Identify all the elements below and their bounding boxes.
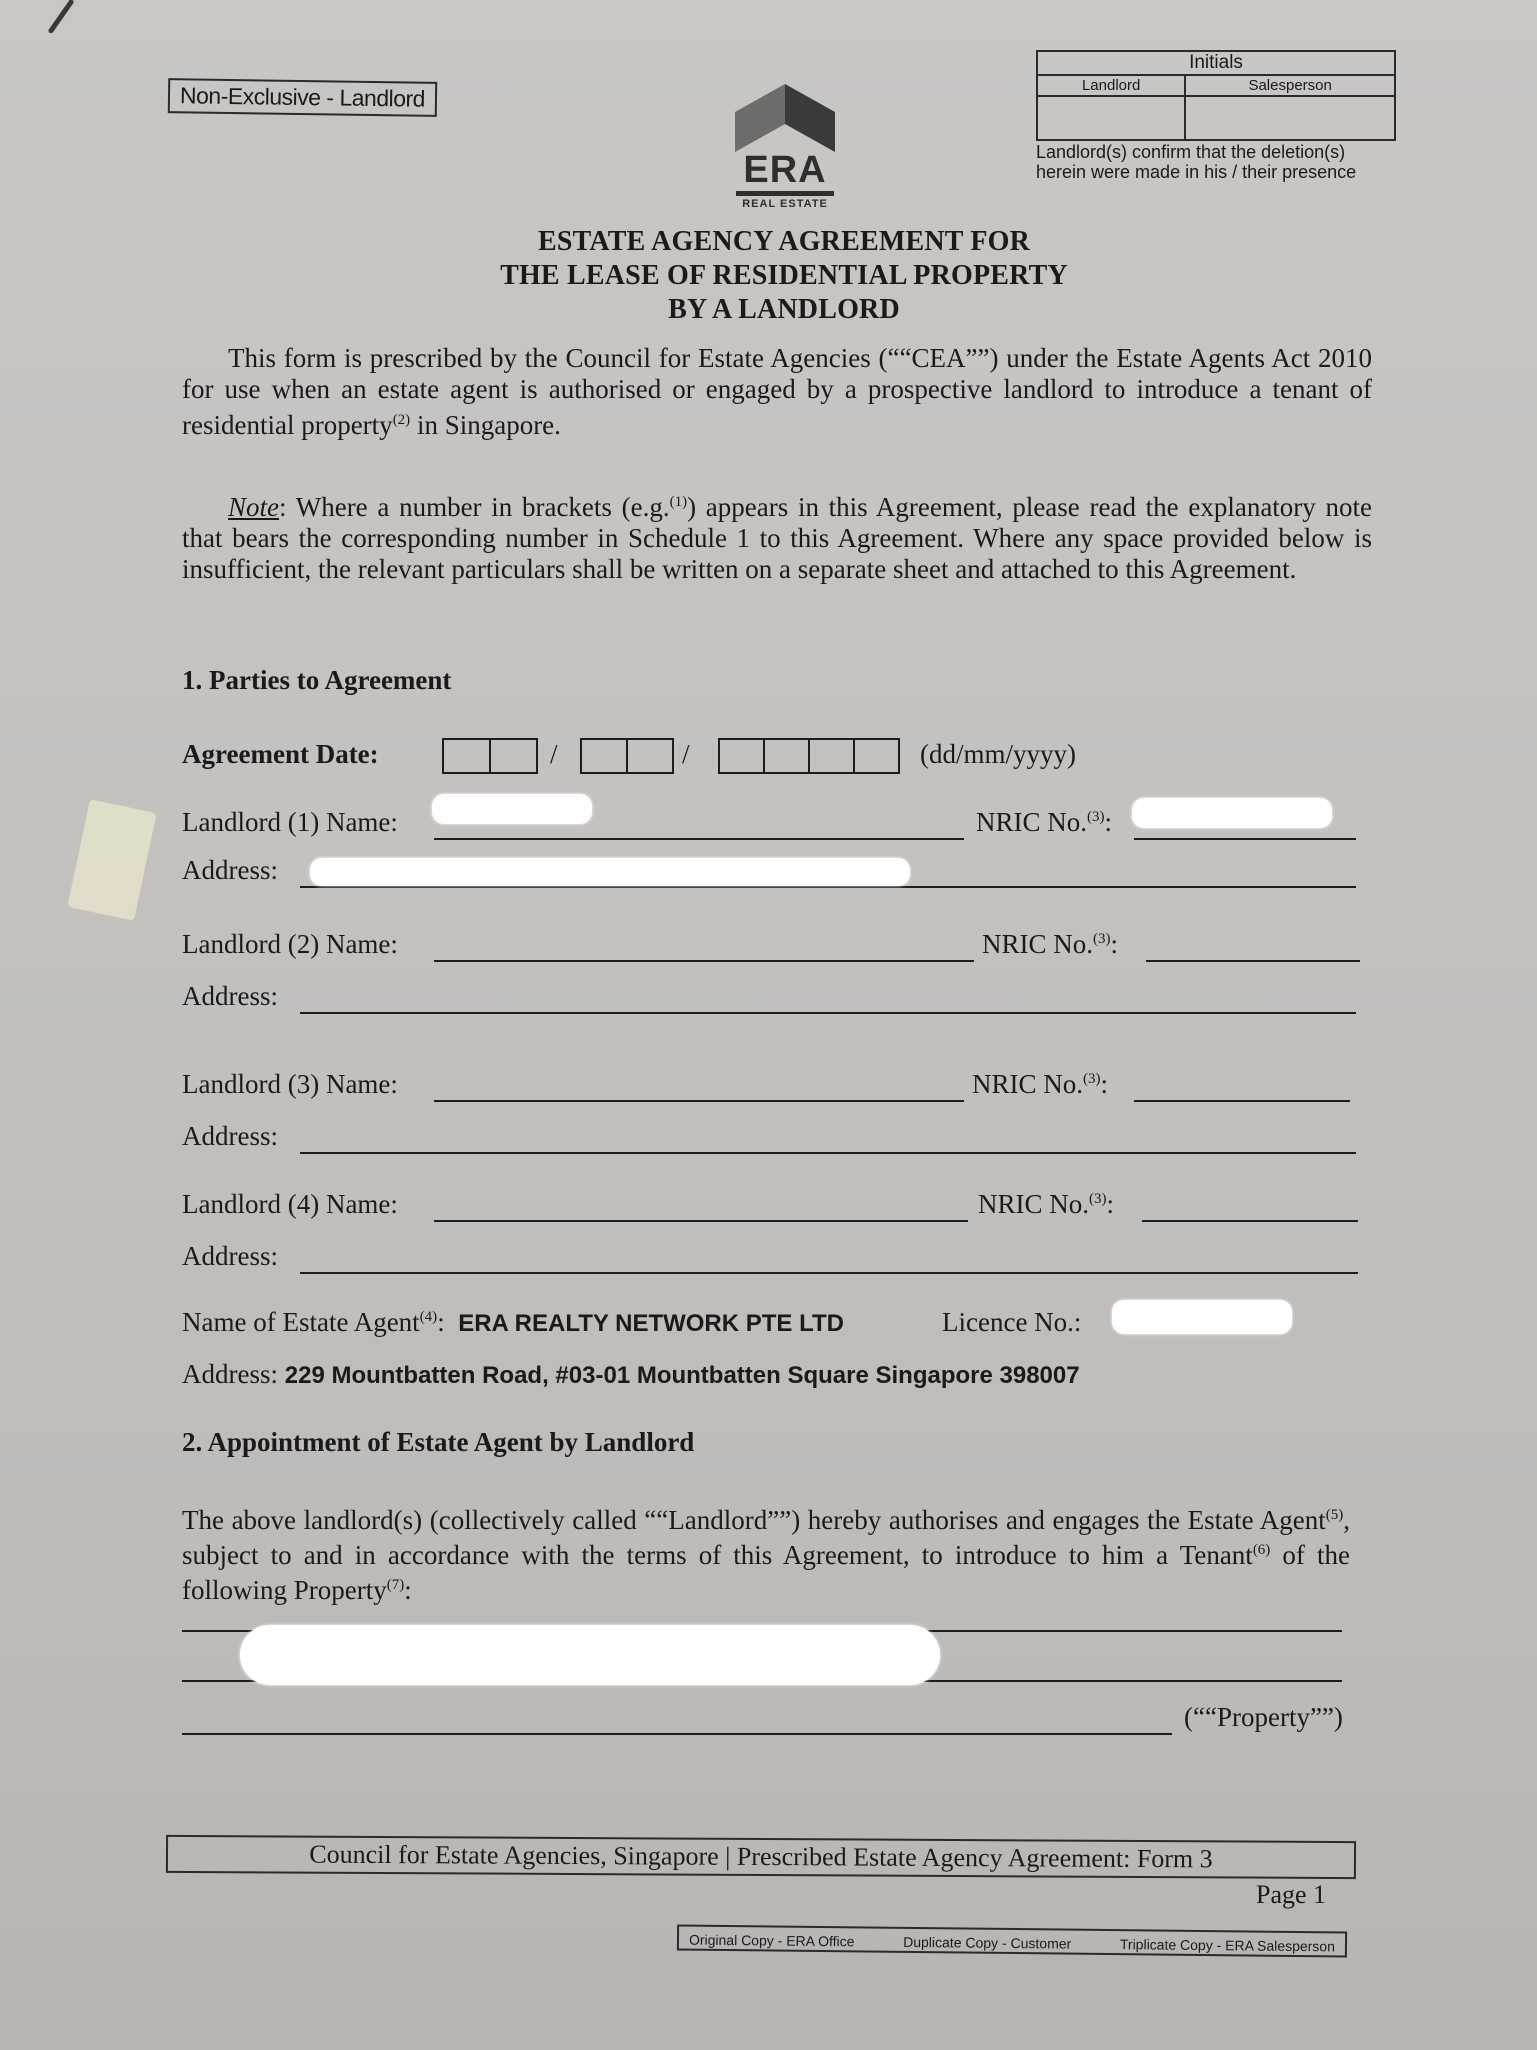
deletion-note-line1: Landlord(s) confirm that the deletion(s) <box>1036 143 1396 161</box>
landlord-3-address-field[interactable] <box>300 1152 1356 1154</box>
initials-col-salesperson: Salesperson <box>1185 75 1395 96</box>
landlord-1-name-field[interactable] <box>434 838 964 840</box>
logo-bar <box>736 191 834 196</box>
landlord-3-name-label: Landlord (3) Name: <box>182 1069 398 1100</box>
landlord-4-address-row: Address: <box>182 1240 1358 1276</box>
landlord-2-address-field[interactable] <box>300 1012 1356 1014</box>
note-paragraph: Note: Where a number in brackets (e.g.(1… <box>182 487 1372 585</box>
initials-box: Initials Landlord Salesperson Landlord(s… <box>1036 50 1396 181</box>
redaction-mark <box>1112 1300 1292 1334</box>
landlord-4-nric-field[interactable] <box>1142 1220 1358 1222</box>
landlord-2-name-label: Landlord (2) Name: <box>182 929 398 960</box>
form-type-tag: Non-Exclusive - Landlord <box>168 78 437 117</box>
landlord-2-nric-label: NRIC No.(3): <box>982 929 1118 960</box>
landlord-4-name-label: Landlord (4) Name: <box>182 1189 398 1220</box>
landlord-1-row: Landlord (1) Name: NRIC No.(3): <box>182 806 1358 842</box>
logo-subtitle: REAL ESTATE <box>732 198 838 210</box>
date-separator: / <box>682 739 690 770</box>
estate-agent-name: ERA REALTY NETWORK PTE LTD <box>458 1310 844 1337</box>
property-field-line-3[interactable] <box>182 1733 1172 1735</box>
agreement-date-row: Agreement Date: / / (dd/mm/yyyy) <box>182 738 1358 774</box>
licence-label: Licence No.: <box>942 1307 1081 1338</box>
footnote-ref: (1) <box>670 494 688 510</box>
landlord-3-name-field[interactable] <box>434 1100 964 1102</box>
landlord-4-name-field[interactable] <box>434 1220 968 1222</box>
section-1-heading: 1. Parties to Agreement <box>182 665 451 696</box>
estate-agent-address-row: Address: 229 Mountbatten Road, #03-01 Mo… <box>182 1358 1358 1394</box>
initials-col-landlord: Landlord <box>1037 75 1185 96</box>
house-roof-icon <box>733 82 837 152</box>
landlord-initials-field[interactable] <box>1037 96 1185 140</box>
date-day-field[interactable] <box>442 738 538 774</box>
title-line1: ESTATE AGENCY AGREEMENT FOR <box>340 225 1228 259</box>
landlord-3-nric-field[interactable] <box>1134 1100 1350 1102</box>
pen-mark <box>48 0 75 34</box>
landlord-4-address-label: Address: <box>182 1241 278 1272</box>
date-month-field[interactable] <box>580 738 674 774</box>
landlord-3-address-row: Address: <box>182 1120 1358 1156</box>
landlord-2-name-field[interactable] <box>434 960 974 962</box>
landlord-3-address-label: Address: <box>182 1121 278 1152</box>
agreement-date-label: Agreement Date: <box>182 739 379 770</box>
estate-agent-row: Name of Estate Agent(4): ERA REALTY NETW… <box>182 1306 1358 1342</box>
section-2-heading: 2. Appointment of Estate Agent by Landlo… <box>182 1427 694 1458</box>
copy-triplicate: Triplicate Copy - ERA Salesperson <box>1120 1931 1335 1955</box>
title-line3: BY A LANDLORD <box>340 293 1228 327</box>
landlord-1-address-label: Address: <box>182 855 278 886</box>
landlord-1-address-row: Address: <box>182 854 1358 890</box>
landlord-4-row: Landlord (4) Name: NRIC No.(3): <box>182 1188 1358 1224</box>
estate-agent-label: Name of Estate Agent(4): ERA REALTY NETW… <box>182 1307 844 1338</box>
copy-distribution-box: Original Copy - ERA Office Duplicate Cop… <box>677 1924 1347 1957</box>
estate-agent-address-label: Address: 229 Mountbatten Road, #03-01 Mo… <box>182 1359 1080 1390</box>
landlord-3-row: Landlord (3) Name: NRIC No.(3): <box>182 1068 1358 1104</box>
redaction-mark <box>432 794 592 824</box>
intro-text-end: in Singapore. <box>410 410 561 440</box>
title-line2: THE LEASE OF RESIDENTIAL PROPERTY <box>340 259 1228 293</box>
landlord-1-name-label: Landlord (1) Name: <box>182 807 398 838</box>
property-suffix: (““Property””) <box>1184 1702 1343 1733</box>
appointment-paragraph: The above landlord(s) (collectively call… <box>182 1500 1350 1605</box>
intro-text: This form is prescribed by the Council f… <box>182 343 1372 440</box>
redaction-mark <box>310 858 910 886</box>
document-title: ESTATE AGENCY AGREEMENT FOR THE LEASE OF… <box>340 225 1228 327</box>
landlord-3-nric-label: NRIC No.(3): <box>972 1069 1108 1100</box>
date-separator: / <box>550 739 558 770</box>
redaction-mark <box>1132 798 1332 828</box>
redaction-mark <box>240 1625 940 1685</box>
landlord-4-nric-label: NRIC No.(3): <box>978 1189 1114 1220</box>
date-year-field[interactable] <box>718 738 900 774</box>
date-format-hint: (dd/mm/yyyy) <box>920 739 1076 770</box>
salesperson-initials-field[interactable] <box>1185 96 1395 140</box>
landlord-2-row: Landlord (2) Name: NRIC No.(3): <box>182 928 1358 964</box>
landlord-4-address-field[interactable] <box>300 1272 1358 1274</box>
tape-residue <box>67 799 156 921</box>
estate-agent-address: 229 Mountbatten Road, #03-01 Mountbatten… <box>285 1362 1080 1389</box>
initials-title: Initials <box>1037 51 1395 75</box>
copy-original: Original Copy - ERA Office <box>689 1927 855 1951</box>
landlord-2-nric-field[interactable] <box>1146 960 1360 962</box>
era-logo: ERA REAL ESTATE <box>732 82 838 210</box>
landlord-1-address-field[interactable] <box>300 886 1356 888</box>
page-number: Page 1 <box>1256 1880 1326 1910</box>
landlord-2-address-label: Address: <box>182 981 278 1012</box>
note-label: Note <box>228 492 279 522</box>
footnote-ref: (2) <box>393 412 411 428</box>
intro-paragraph: This form is prescribed by the Council f… <box>182 343 1372 441</box>
landlord-1-nric-field[interactable] <box>1134 838 1356 840</box>
landlord-1-nric-label: NRIC No.(3): <box>976 807 1112 838</box>
logo-brand: ERA <box>732 152 838 188</box>
landlord-2-address-row: Address: <box>182 980 1358 1016</box>
footer-box: Council for Estate Agencies, Singapore |… <box>166 1835 1356 1879</box>
note-text: : Where a number in brackets (e.g. <box>279 492 670 522</box>
copy-duplicate: Duplicate Copy - Customer <box>903 1929 1071 1953</box>
deletion-note-line2: herein were made in his / their presence <box>1036 163 1396 181</box>
